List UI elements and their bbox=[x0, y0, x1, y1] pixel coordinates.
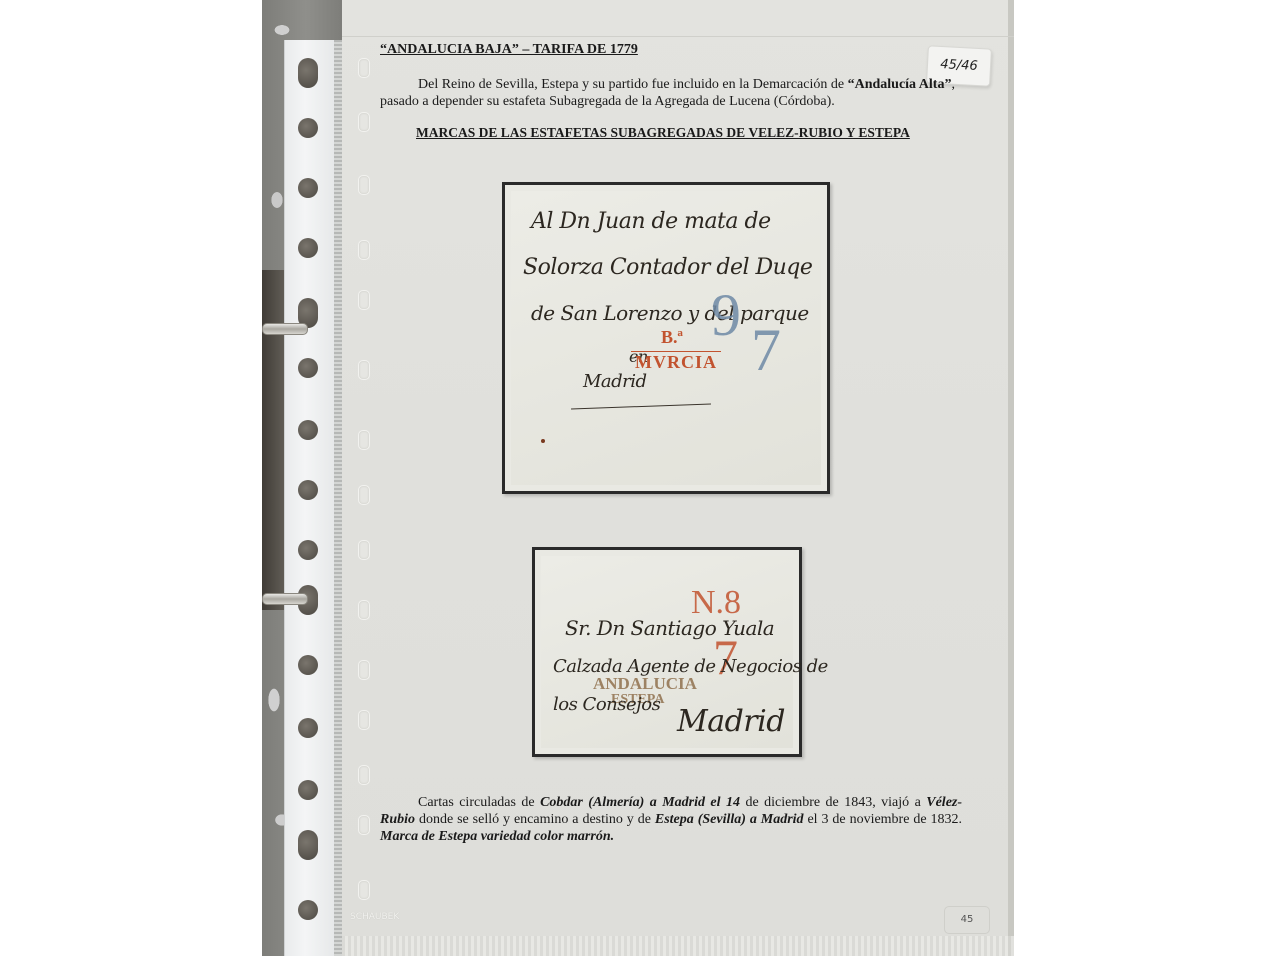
page-punch bbox=[358, 175, 370, 195]
postal-cover-velez-rubio: Al Dn Juan de mata de Solorza Contador d… bbox=[502, 182, 830, 494]
address-line-3: los Consejos bbox=[553, 694, 660, 715]
punch-hole bbox=[298, 58, 318, 88]
page-punch bbox=[358, 765, 370, 785]
address-line-5: Madrid bbox=[583, 371, 647, 392]
punch-hole bbox=[298, 358, 318, 378]
page-punch bbox=[358, 360, 370, 380]
caption-emphasis: Estepa (Sevilla) a Madrid bbox=[655, 812, 804, 827]
stamp-andalucia: ANDALUCIA bbox=[593, 674, 697, 694]
address-line-2: Solorza Contador del Duqe bbox=[523, 255, 812, 280]
page-punch bbox=[358, 430, 370, 450]
punch-hole bbox=[298, 480, 318, 500]
caption-emphasis: Marca de Estepa variedad color marrón. bbox=[380, 829, 614, 844]
punch-hole bbox=[298, 238, 318, 258]
punch-hole bbox=[298, 118, 318, 138]
cover-paper: N.8 7 Sr. Dn Santiago Yuala Calzada Agen… bbox=[541, 556, 793, 748]
caption-text: donde se selló y encamino a destino y de bbox=[415, 812, 655, 827]
page-punch bbox=[358, 290, 370, 310]
album-page: “ANDALUCIA BAJA” – TARIFA DE 1779 45/46 … bbox=[342, 0, 1014, 956]
caption-text: Cartas circuladas de bbox=[418, 795, 540, 810]
page-fold-line bbox=[342, 36, 1014, 37]
page-punch bbox=[358, 815, 370, 835]
address-line-1: Al Dn Juan de mata de bbox=[531, 209, 771, 234]
stamp-ba: B.ª bbox=[661, 327, 683, 348]
binder-ring-bottom bbox=[262, 593, 308, 605]
binder-ring-top bbox=[262, 323, 308, 335]
caption-emphasis: Cobdar (Almería) a Madrid el 14 bbox=[540, 795, 740, 810]
sheet-protector-strip bbox=[284, 40, 335, 956]
punch-hole bbox=[298, 900, 318, 920]
page-punch bbox=[358, 112, 370, 132]
page-punch bbox=[358, 660, 370, 680]
page-punch bbox=[358, 485, 370, 505]
punch-hole bbox=[298, 718, 318, 738]
caption-paragraph: Cartas circuladas de Cobdar (Almería) a … bbox=[380, 794, 962, 845]
caption-text: de diciembre de 1843, viajó a bbox=[740, 795, 926, 810]
page-title: “ANDALUCIA BAJA” – TARIFA DE 1779 bbox=[380, 41, 638, 58]
cover-paper: Al Dn Juan de mata de Solorza Contador d… bbox=[511, 191, 821, 485]
protector-watermark: SCHAUBEK bbox=[350, 912, 410, 923]
punch-hole bbox=[298, 830, 318, 860]
page-punch bbox=[358, 880, 370, 900]
postal-cover-estepa: N.8 7 Sr. Dn Santiago Yuala Calzada Agen… bbox=[532, 547, 802, 757]
address-line-1: Sr. Dn Santiago Yuala bbox=[565, 616, 774, 640]
address-line-4: Madrid bbox=[677, 704, 785, 739]
punch-hole bbox=[298, 540, 318, 560]
section-subtitle: MARCAS DE LAS ESTAFETAS SUBAGREGADAS DE … bbox=[416, 124, 910, 141]
punch-hole bbox=[298, 420, 318, 440]
punch-hole bbox=[298, 780, 318, 800]
intro-bold-term: “Andalucía Alta” bbox=[848, 77, 952, 92]
rate-mark-blue-2: 7 bbox=[751, 316, 781, 385]
ink-spot bbox=[541, 439, 545, 443]
page-punch bbox=[358, 600, 370, 620]
caption-text: el 3 de noviembre de 1832. bbox=[804, 812, 962, 827]
intro-text: Del Reino de Sevilla, Estepa y su partid… bbox=[418, 77, 848, 92]
page-punch bbox=[358, 58, 370, 78]
page-punch bbox=[358, 540, 370, 560]
stamp-murcia: MVRCIA bbox=[631, 351, 721, 373]
page-bottom-edge bbox=[342, 936, 1014, 956]
page-punch bbox=[358, 710, 370, 730]
page-number: 45 bbox=[944, 906, 990, 934]
intro-paragraph: Del Reino de Sevilla, Estepa y su partid… bbox=[380, 76, 960, 110]
underline-stroke bbox=[571, 404, 711, 410]
rate-mark-blue: 9 bbox=[711, 281, 741, 350]
punch-hole bbox=[298, 178, 318, 198]
page-punch bbox=[358, 240, 370, 260]
punch-hole bbox=[298, 655, 318, 675]
album-scene: “ANDALUCIA BAJA” – TARIFA DE 1779 45/46 … bbox=[262, 0, 1014, 956]
sheet-protector-edge bbox=[334, 40, 342, 956]
